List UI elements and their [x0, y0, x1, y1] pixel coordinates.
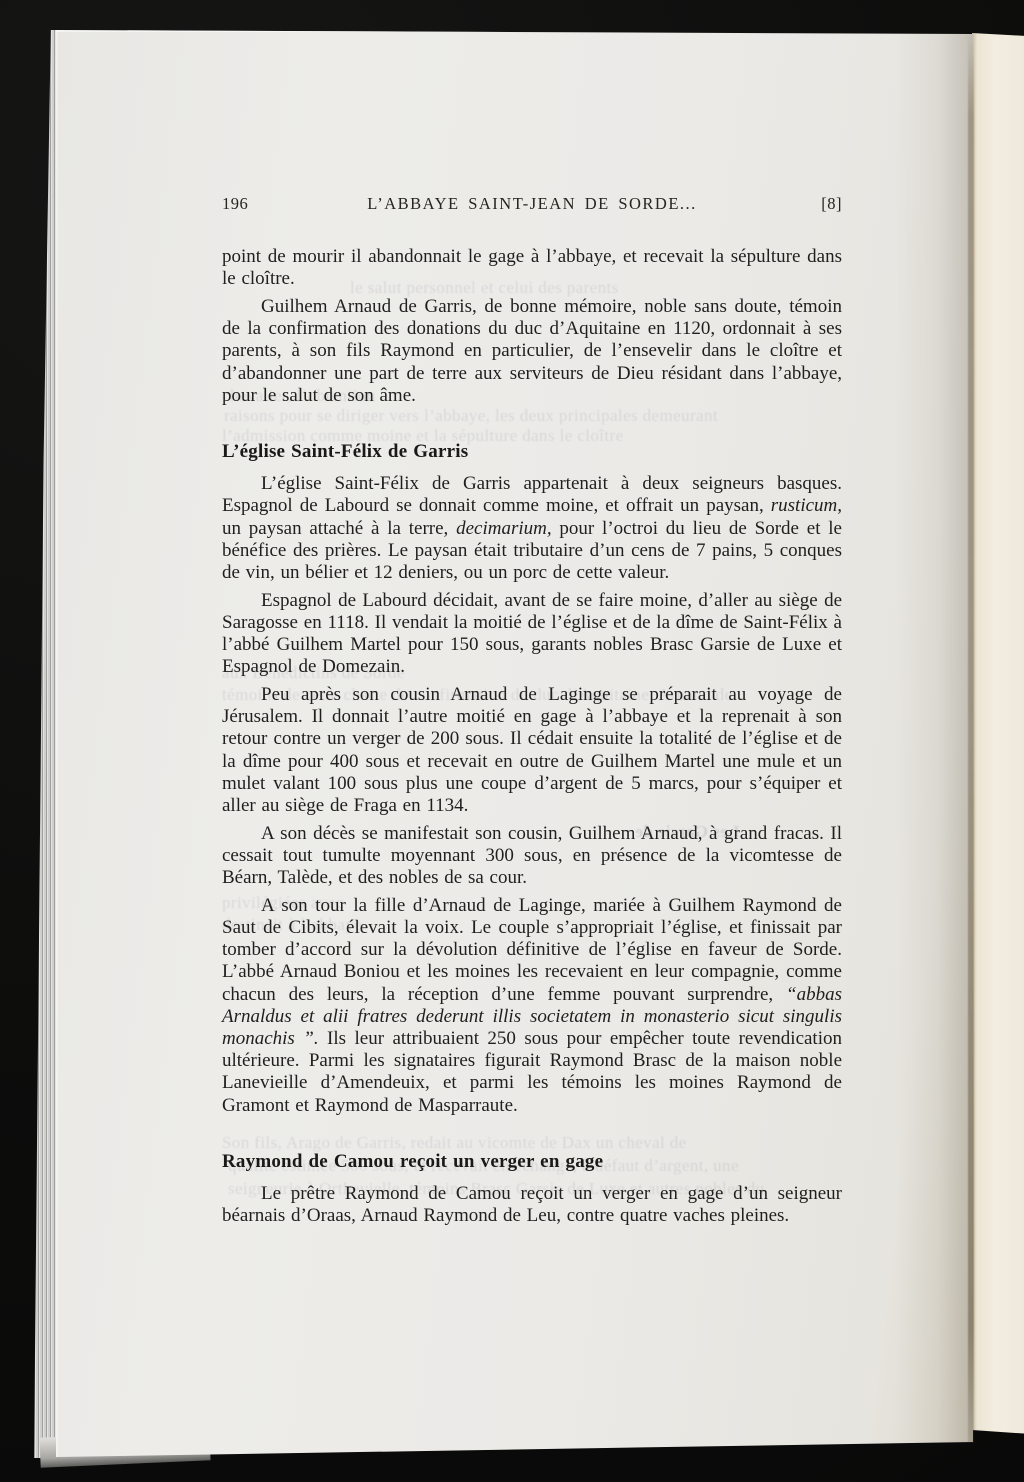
page-number: 196	[222, 194, 318, 214]
facing-page-edge	[972, 33, 1024, 1442]
running-header: 196 L’ABBAYE SAINT-JEAN DE SORDE... [8]	[222, 194, 842, 214]
paragraph: Guilhem Arnaud de Garris, de bonne mémoi…	[222, 296, 842, 407]
section-heading: Raymond de Camou reçoit un verger en gag…	[222, 1151, 842, 1173]
paragraph: A son décès se manifestait son cousin, G…	[222, 823, 842, 890]
paragraph: Peu après son cousin Arnaud de Laginge s…	[222, 684, 842, 817]
text-blocks: point de mourir il abandonnait le gage à…	[222, 246, 842, 1233]
paragraph: point de mourir il abandonnait le gage à…	[222, 246, 842, 290]
book-gutter	[968, 31, 974, 1443]
book-photo: le salut personnel et celui des parentsc…	[0, 0, 1024, 1482]
paragraph: L’église Saint-Félix de Garris appartena…	[222, 473, 842, 584]
running-title: L’ABBAYE SAINT-JEAN DE SORDE...	[318, 194, 746, 214]
paragraph: Espagnol de Labourd décidait, avant de s…	[222, 590, 842, 679]
gathering-mark: [8]	[746, 194, 842, 214]
page-stack-edge-left	[34, 30, 58, 1458]
paragraph: A son tour la fille d’Arnaud de Laginge,…	[222, 895, 842, 1117]
section-heading: L’église Saint-Félix de Garris	[222, 441, 842, 463]
paragraph: Le prêtre Raymond de Camou reçoit un ver…	[222, 1183, 842, 1227]
